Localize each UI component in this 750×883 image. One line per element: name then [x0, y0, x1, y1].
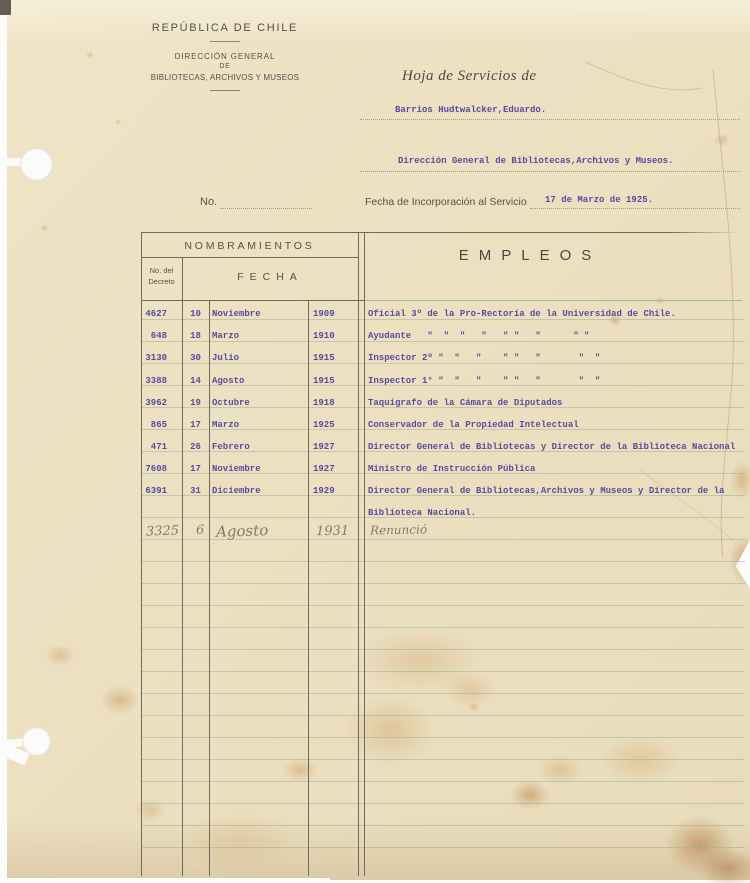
row-empleo: Taquígrafo de la Cámara de Diputados [368, 398, 562, 408]
row-dia: 17 [182, 420, 209, 430]
row-dia: 19 [182, 398, 209, 408]
row-decreto: 7608 [142, 464, 167, 474]
row-decreto: 865 [142, 420, 167, 430]
hw-empleo: Renunció [370, 523, 427, 538]
row-ano: 1918 [313, 398, 335, 408]
row-mes: Octubre [212, 398, 250, 408]
row-ano: 1909 [313, 309, 335, 319]
row-ano: 1927 [313, 442, 335, 452]
row-empleo: Conservador de la Propiedad Intelectual [368, 420, 579, 430]
row-ano: 1910 [313, 331, 335, 341]
row-ano: 1915 [313, 376, 335, 386]
row-ano: 1927 [313, 464, 335, 474]
row-dia: 14 [182, 376, 209, 386]
row-mes: Marzo [212, 331, 239, 341]
row-decreto: 4627 [142, 309, 167, 319]
row-mes: Julio [212, 353, 239, 363]
row-mes: Diciembre [212, 486, 261, 496]
row-mes: Agosto [212, 376, 244, 386]
row-empleo: Inspector 1° " " " " " " " " [368, 376, 600, 386]
row-ano: 1925 [313, 420, 335, 430]
row-dia: 31 [182, 486, 209, 496]
hw-dia: 6 [196, 523, 204, 538]
hw-decreto: 3325 [146, 523, 180, 539]
row-empleo: Oficial 3º de la Pro-Rectoría de la Univ… [368, 309, 676, 319]
row-decreto: 6391 [142, 486, 167, 496]
row-empleo: Ministro de Instrucción Pública [368, 464, 535, 474]
row-mes: Noviembre [212, 309, 261, 319]
row-mes: Febrero [212, 442, 250, 452]
row-empleo: Inspector 2º " " " " " " " " [368, 353, 600, 363]
row-dia: 26 [182, 442, 209, 452]
row-mes: Marzo [212, 420, 239, 430]
hw-mes: Agosto [216, 521, 269, 541]
row-empleo: Director General de Bibliotecas y Direct… [368, 442, 735, 452]
row-ano: 1915 [313, 353, 335, 363]
row-decreto: 648 [142, 331, 167, 341]
table-rows: 462710Noviembre1909Oficial 3º de la Pro-… [0, 0, 750, 883]
scanned-document: REPÚBLICA DE CHILE DIRECCIÓN GENERAL DE … [0, 0, 750, 883]
row-dia: 17 [182, 464, 209, 474]
row-decreto: 3130 [142, 353, 167, 363]
row-decreto: 3962 [142, 398, 167, 408]
row-empleo-line2: Biblioteca Nacional. [368, 508, 476, 518]
row-empleo: Director General de Bibliotecas,Archivos… [368, 486, 724, 496]
row-decreto: 3388 [142, 376, 167, 386]
row-ano: 1929 [313, 486, 335, 496]
hw-ano: 1931 [316, 524, 349, 540]
row-dia: 18 [182, 331, 209, 341]
row-dia: 10 [182, 309, 209, 319]
row-decreto: 471 [142, 442, 167, 452]
row-empleo: Ayudante " " " " " " " " " [368, 331, 589, 341]
row-dia: 30 [182, 353, 209, 363]
row-mes: Noviembre [212, 464, 261, 474]
